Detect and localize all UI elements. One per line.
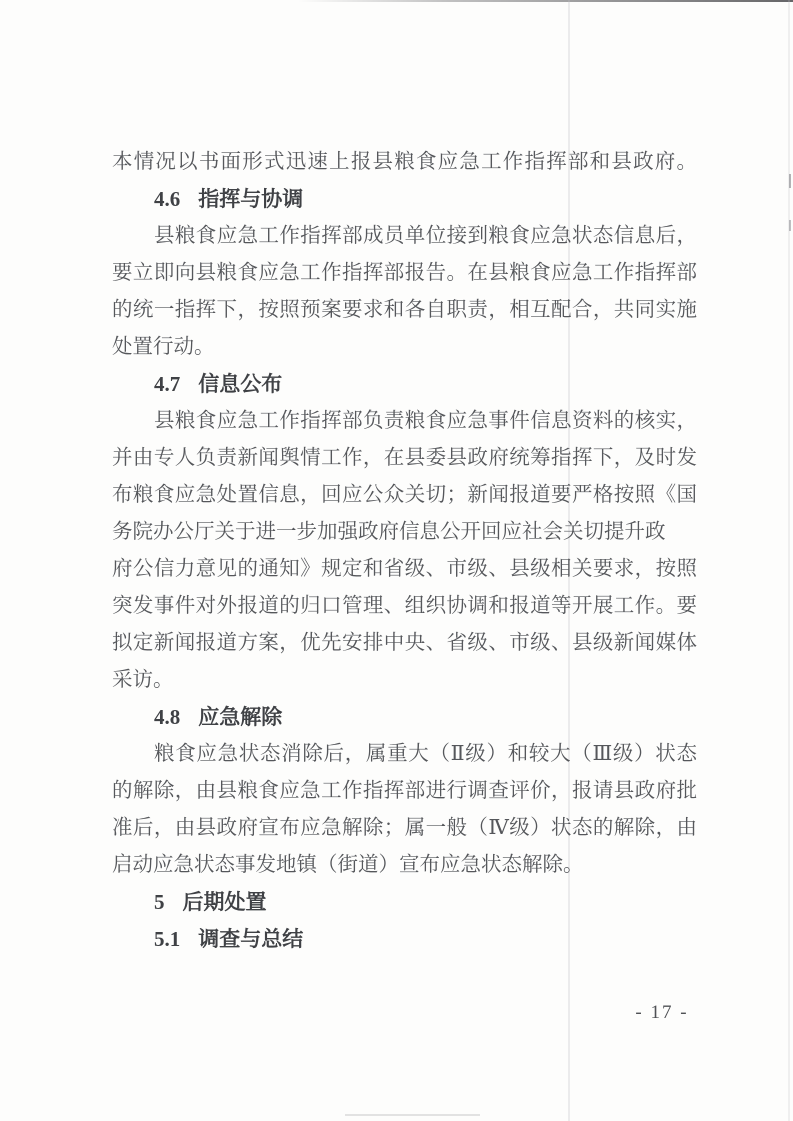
paragraph-line: 启动应急状态事发地镇（街道）宣布应急状态解除。 (112, 847, 697, 884)
scan-artifact-right-dash (789, 220, 791, 231)
paragraph-line: 府公信力意见的通知》规定和省级、市级、县级相关要求，按照 (112, 551, 697, 588)
scan-artifact-bottom-smudge (345, 1114, 480, 1116)
section-heading-4-7: 4.7信息公布 (112, 366, 697, 403)
section-title: 指挥与协调 (198, 187, 303, 211)
section-title: 信息公布 (198, 372, 282, 396)
section-number: 5 (154, 890, 165, 914)
section-title: 后期处置 (183, 890, 267, 914)
section-number: 4.7 (154, 372, 180, 396)
scan-artifact-top-edge (298, 0, 793, 2)
section-title: 调查与总结 (198, 927, 303, 951)
paragraph-line: 本情况以书面形式迅速上报县粮食应急工作指挥部和县政府。 (112, 144, 697, 181)
section-number: 4.6 (154, 187, 180, 211)
paragraph-line: 务院办公厅关于进一步加强政府信息公开回应社会关切提升政 (112, 514, 697, 551)
section-heading-4-6: 4.6指挥与协调 (112, 181, 697, 218)
scan-artifact-right-dash (789, 174, 791, 188)
scanned-document-page: 本情况以书面形式迅速上报县粮食应急工作指挥部和县政府。 4.6指挥与协调 县粮食… (0, 0, 793, 1121)
section-number: 5.1 (154, 927, 180, 951)
paragraph-line: 并由专人负责新闻舆情工作，在县委县政府统筹指挥下，及时发 (112, 440, 697, 477)
paragraph-line: 突发事件对外报道的归口管理、组织协调和报道等开展工作。要 (112, 588, 697, 625)
document-body: 本情况以书面形式迅速上报县粮食应急工作指挥部和县政府。 4.6指挥与协调 县粮食… (112, 144, 697, 958)
section-heading-4-8: 4.8应急解除 (112, 699, 697, 736)
paragraph-line: 粮食应急状态消除后，属重大（Ⅱ级）和较大（Ⅲ级）状态 (112, 736, 697, 773)
paragraph-line: 县粮食应急工作指挥部负责粮食应急事件信息资料的核实， (112, 403, 697, 440)
paragraph-line: 拟定新闻报道方案，优先安排中央、省级、市级、县级新闻媒体 (112, 625, 697, 662)
paragraph-line: 县粮食应急工作指挥部成员单位接到粮食应急状态信息后， (112, 218, 697, 255)
paragraph-line: 准后，由县政府宣布应急解除；属一般（Ⅳ级）状态的解除，由 (112, 810, 697, 847)
section-heading-5: 5后期处置 (112, 884, 697, 921)
scan-artifact-right-edge (788, 0, 790, 1121)
section-title: 应急解除 (198, 705, 282, 729)
paragraph-line: 的解除，由县粮食应急工作指挥部进行调查评价，报请县政府批 (112, 773, 697, 810)
page-number: - 17 - (626, 1000, 698, 1026)
paragraph-line: 布粮食应急处置信息，回应公众关切；新闻报道要严格按照《国 (112, 477, 697, 514)
paragraph-line: 的统一指挥下，按照预案要求和各自职责，相互配合，共同实施 (112, 292, 697, 329)
paragraph-line: 要立即向县粮食应急工作指挥部报告。在县粮食应急工作指挥部 (112, 255, 697, 292)
paragraph-line: 处置行动。 (112, 329, 697, 366)
section-number: 4.8 (154, 705, 180, 729)
section-heading-5-1: 5.1调查与总结 (112, 921, 697, 958)
paragraph-line: 采访。 (112, 662, 697, 699)
